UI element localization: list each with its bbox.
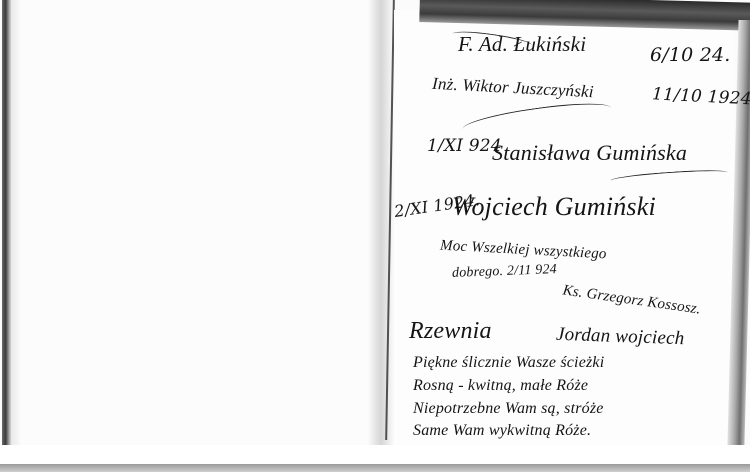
bottom-scan-edge: [0, 464, 750, 472]
scanned-document: F. Ad. Łukiński 6/10 24. Inż. Wiktor Jus…: [0, 0, 750, 472]
left-page-blank: [20, 0, 372, 445]
poem-line-4: Same Wam wykwitną Róże.: [413, 422, 591, 440]
entry-4-signature: Wojciech Gumiński: [452, 192, 656, 222]
poem-line-1: Piękne ślicznie Wasze ścieżki: [413, 354, 604, 372]
entry-1-date: 6/10 24.: [650, 44, 731, 66]
poem-line-3: Niepotrzebne Wam są, stróże: [413, 400, 604, 418]
left-binding-edge: [2, 0, 11, 445]
entry-3-date: 1/XI 924: [427, 136, 502, 156]
entry-3-signature: Stanisława Gumińska: [492, 140, 687, 166]
bottom-margin: [0, 445, 750, 464]
poem-line-2: Rosną - kwitną, małe Róże: [413, 377, 588, 395]
poem-header-right: Jordan wojciech: [556, 324, 685, 350]
poem-header-left: Rzewnia: [409, 318, 492, 345]
